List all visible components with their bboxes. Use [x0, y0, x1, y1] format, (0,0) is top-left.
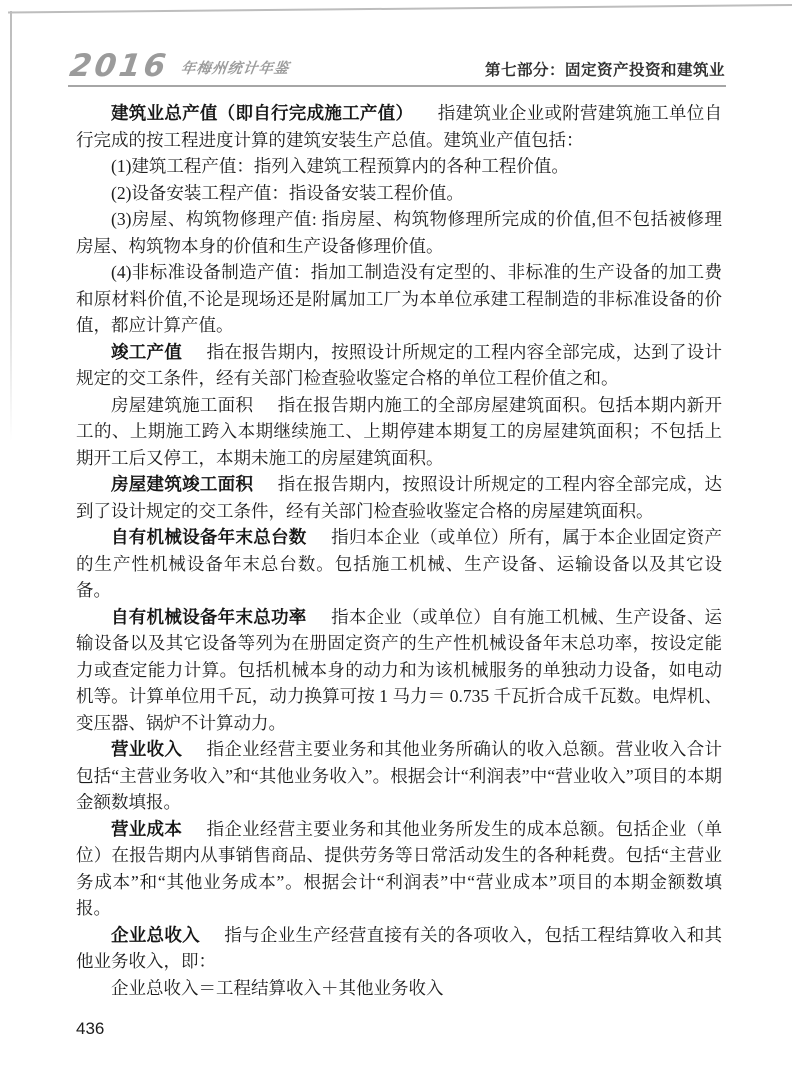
paragraph-text: (2)设备安装工程产值：指设备安装工程价值。 — [111, 183, 464, 203]
term-label: 建筑业总产值（即自行完成施工产值） — [111, 103, 413, 123]
page-number: 436 — [76, 1019, 104, 1039]
paragraph-list-item: (2)设备安装工程产值：指设备安装工程价值。 — [76, 180, 722, 207]
paragraph-definition: 营业成本指企业经营主要业务和其他业务所发生的成本总额。包括企业（单位）在报告期内… — [76, 816, 722, 922]
logo-title-text: 年梅州统计年鉴 — [180, 57, 291, 78]
term-label: 营业成本 — [111, 819, 182, 839]
paragraph-text: (4)非标准设备制造产值：指加工制造没有定型的、非标准的生产设备的加工费和原材料… — [76, 262, 722, 335]
paragraph-definition: 自有机械设备年末总功率指本企业（或单位）自有施工机械、生产设备、运输设备以及其它… — [76, 604, 722, 737]
paragraph-text: (3)房屋、构筑物修理产值: 指房屋、构筑物修理所完成的价值,但不包括被修理房屋… — [76, 209, 722, 256]
term-label: 竣工产值 — [111, 342, 182, 362]
paragraph-definition: 建筑业总产值（即自行完成施工产值）指建筑业企业或附营建筑施工单位自行完成的按工程… — [76, 100, 722, 153]
paragraph-definition: 自有机械设备年末总台数指归本企业（或单位）所有，属于本企业固定资产的生产性机械设… — [76, 524, 722, 604]
term-label: 房屋建筑竣工面积 — [111, 474, 253, 494]
paragraph-definition: 企业总收入指与企业生产经营直接有关的各项收入，包括工程结算收入和其他业务收入，即… — [76, 922, 722, 975]
paragraph-list-item: (3)房屋、构筑物修理产值: 指房屋、构筑物修理所完成的价值,但不包括被修理房屋… — [76, 206, 722, 259]
term-label: 自有机械设备年末总功率 — [111, 607, 307, 627]
document-page: 2016 年梅州统计年鉴 第七部分：固定资产投资和建筑业 建筑业总产值（即自行完… — [0, 0, 793, 1077]
content-area: 建筑业总产值（即自行完成施工产值）指建筑业企业或附营建筑施工单位自行完成的按工程… — [76, 100, 722, 1001]
header-divider — [68, 85, 726, 87]
paragraph-definition: 房屋建筑施工面积指在报告期内施工的全部房屋建筑面积。包括本期内新开工的、上期施工… — [76, 392, 722, 472]
term-label: 自有机械设备年末总台数 — [111, 527, 307, 547]
paragraph-text: (1)建筑工程产值：指列入建筑工程预算内的各种工程价值。 — [111, 156, 569, 176]
logo-year-text: 2016 — [68, 51, 171, 82]
scan-edge-line-top — [8, 4, 792, 13]
paragraph-list-item: (4)非标准设备制造产值：指加工制造没有定型的、非标准的生产设备的加工费和原材料… — [76, 259, 722, 339]
paragraph-definition: 营业收入指企业经营主要业务和其他业务所确认的收入总额。营业收入合计包括“主营业务… — [76, 736, 722, 816]
paragraph-definition: 竣工产值指在报告期内，按照设计所规定的工程内容全部完成，达到了设计规定的交工条件… — [76, 339, 722, 392]
formula-line: 企业总收入＝工程结算收入＋其他业务收入 — [76, 975, 722, 1002]
scan-edge-line-left — [10, 11, 12, 441]
page-header: 2016 年梅州统计年鉴 第七部分：固定资产投资和建筑业 — [70, 44, 725, 82]
section-label: 第七部分：固定资产投资和建筑业 — [485, 58, 725, 82]
term-label: 房屋建筑施工面积 — [111, 395, 253, 415]
formula-text: 企业总收入＝工程结算收入＋其他业务收入 — [111, 978, 444, 998]
paragraph-definition: 房屋建筑竣工面积指在报告期内，按照设计所规定的工程内容全部完成，达到了设计规定的… — [76, 471, 722, 524]
term-label: 营业收入 — [111, 739, 182, 759]
term-label: 企业总收入 — [111, 925, 200, 945]
paragraph-list-item: (1)建筑工程产值：指列入建筑工程预算内的各种工程价值。 — [76, 153, 722, 180]
yearbook-logo: 2016 年梅州统计年鉴 — [70, 51, 290, 82]
